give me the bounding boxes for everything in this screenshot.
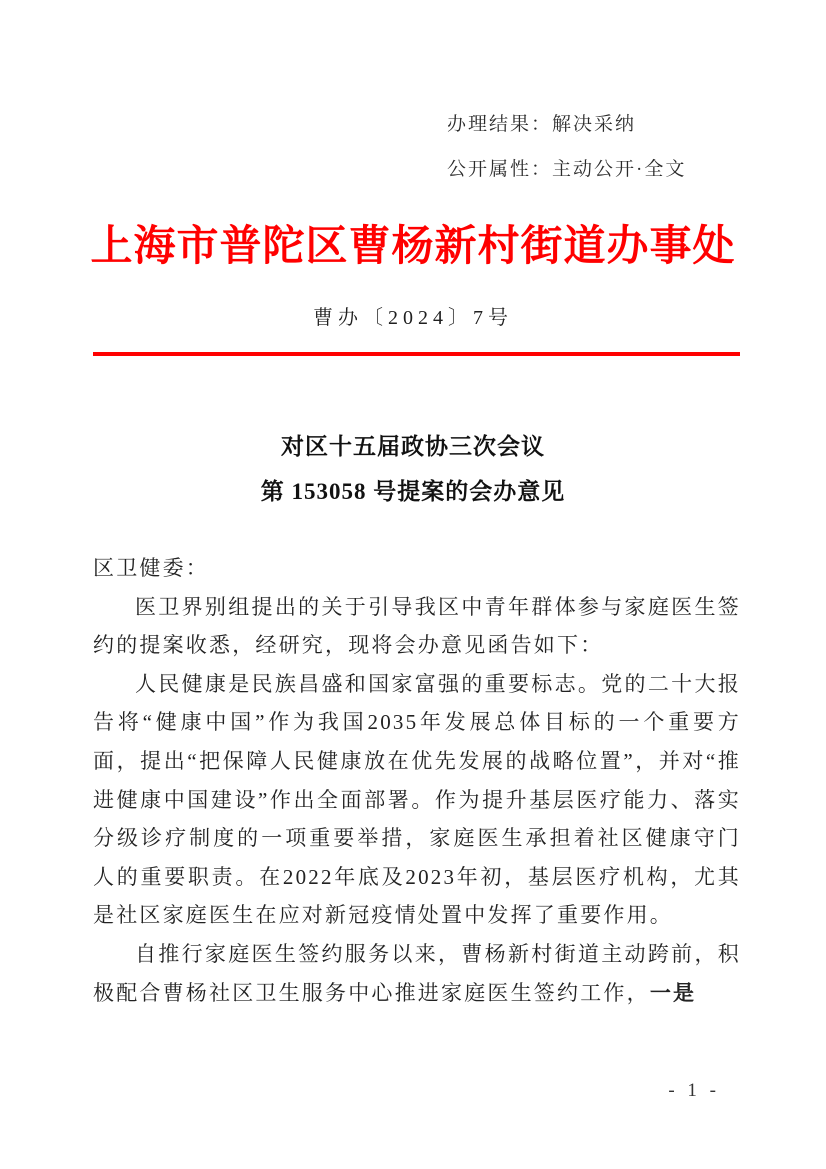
meta-value-result: 解决采纳 xyxy=(552,114,636,135)
document-title-line2: 第 153058 号提案的会办意见 xyxy=(0,469,826,514)
meta-row-result: 办理结果：解决采纳 xyxy=(447,102,686,147)
paragraph-text: 自推行家庭医生签约服务以来，曹杨新村街道主动跨前，积极配合曹杨社区卫生服务中心推… xyxy=(93,942,741,1005)
document-page: 办理结果：解决采纳 公开属性：主动公开·全文 上海市普陀区曹杨新村街道办事处 曹… xyxy=(0,0,826,1169)
page-number: - 1 - xyxy=(668,1080,720,1102)
meta-row-publicity: 公开属性：主动公开·全文 xyxy=(447,147,686,192)
meta-label-result: 办理结果： xyxy=(447,114,552,135)
agency-letterhead-title: 上海市普陀区曹杨新村街道办事处 xyxy=(0,213,826,273)
body-paragraph-3: 自推行家庭医生签约服务以来，曹杨新村街道主动跨前，积极配合曹杨社区卫生服务中心推… xyxy=(93,935,741,1012)
red-separator-line xyxy=(93,352,740,356)
document-body: 区卫健委： 医卫界别组提出的关于引导我区中青年群体参与家庭医生签约的提案收悉，经… xyxy=(93,549,741,1012)
salutation: 区卫健委： xyxy=(93,549,741,588)
paragraph-text: 人民健康是民族昌盛和国家富强的重要标志。党的二十大报告将“健康中国”作为我国20… xyxy=(93,672,741,928)
document-title-line1: 对区十五届政协三次会议 xyxy=(0,424,826,469)
processing-meta: 办理结果：解决采纳 公开属性：主动公开·全文 xyxy=(447,102,686,192)
document-title: 对区十五届政协三次会议 第 153058 号提案的会办意见 xyxy=(0,424,826,514)
body-paragraph-1: 医卫界别组提出的关于引导我区中青年群体参与家庭医生签约的提案收悉，经研究，现将会… xyxy=(93,588,741,665)
doc-number: 曹办〔2024〕7号 xyxy=(0,301,826,330)
paragraph-bold-suffix: 一是 xyxy=(650,981,696,1005)
meta-value-publicity: 主动公开·全文 xyxy=(552,159,686,180)
paragraph-text: 医卫界别组提出的关于引导我区中青年群体参与家庭医生签约的提案收悉，经研究，现将会… xyxy=(93,595,741,658)
body-paragraph-2: 人民健康是民族昌盛和国家富强的重要标志。党的二十大报告将“健康中国”作为我国20… xyxy=(93,665,741,935)
meta-label-publicity: 公开属性： xyxy=(447,159,552,180)
